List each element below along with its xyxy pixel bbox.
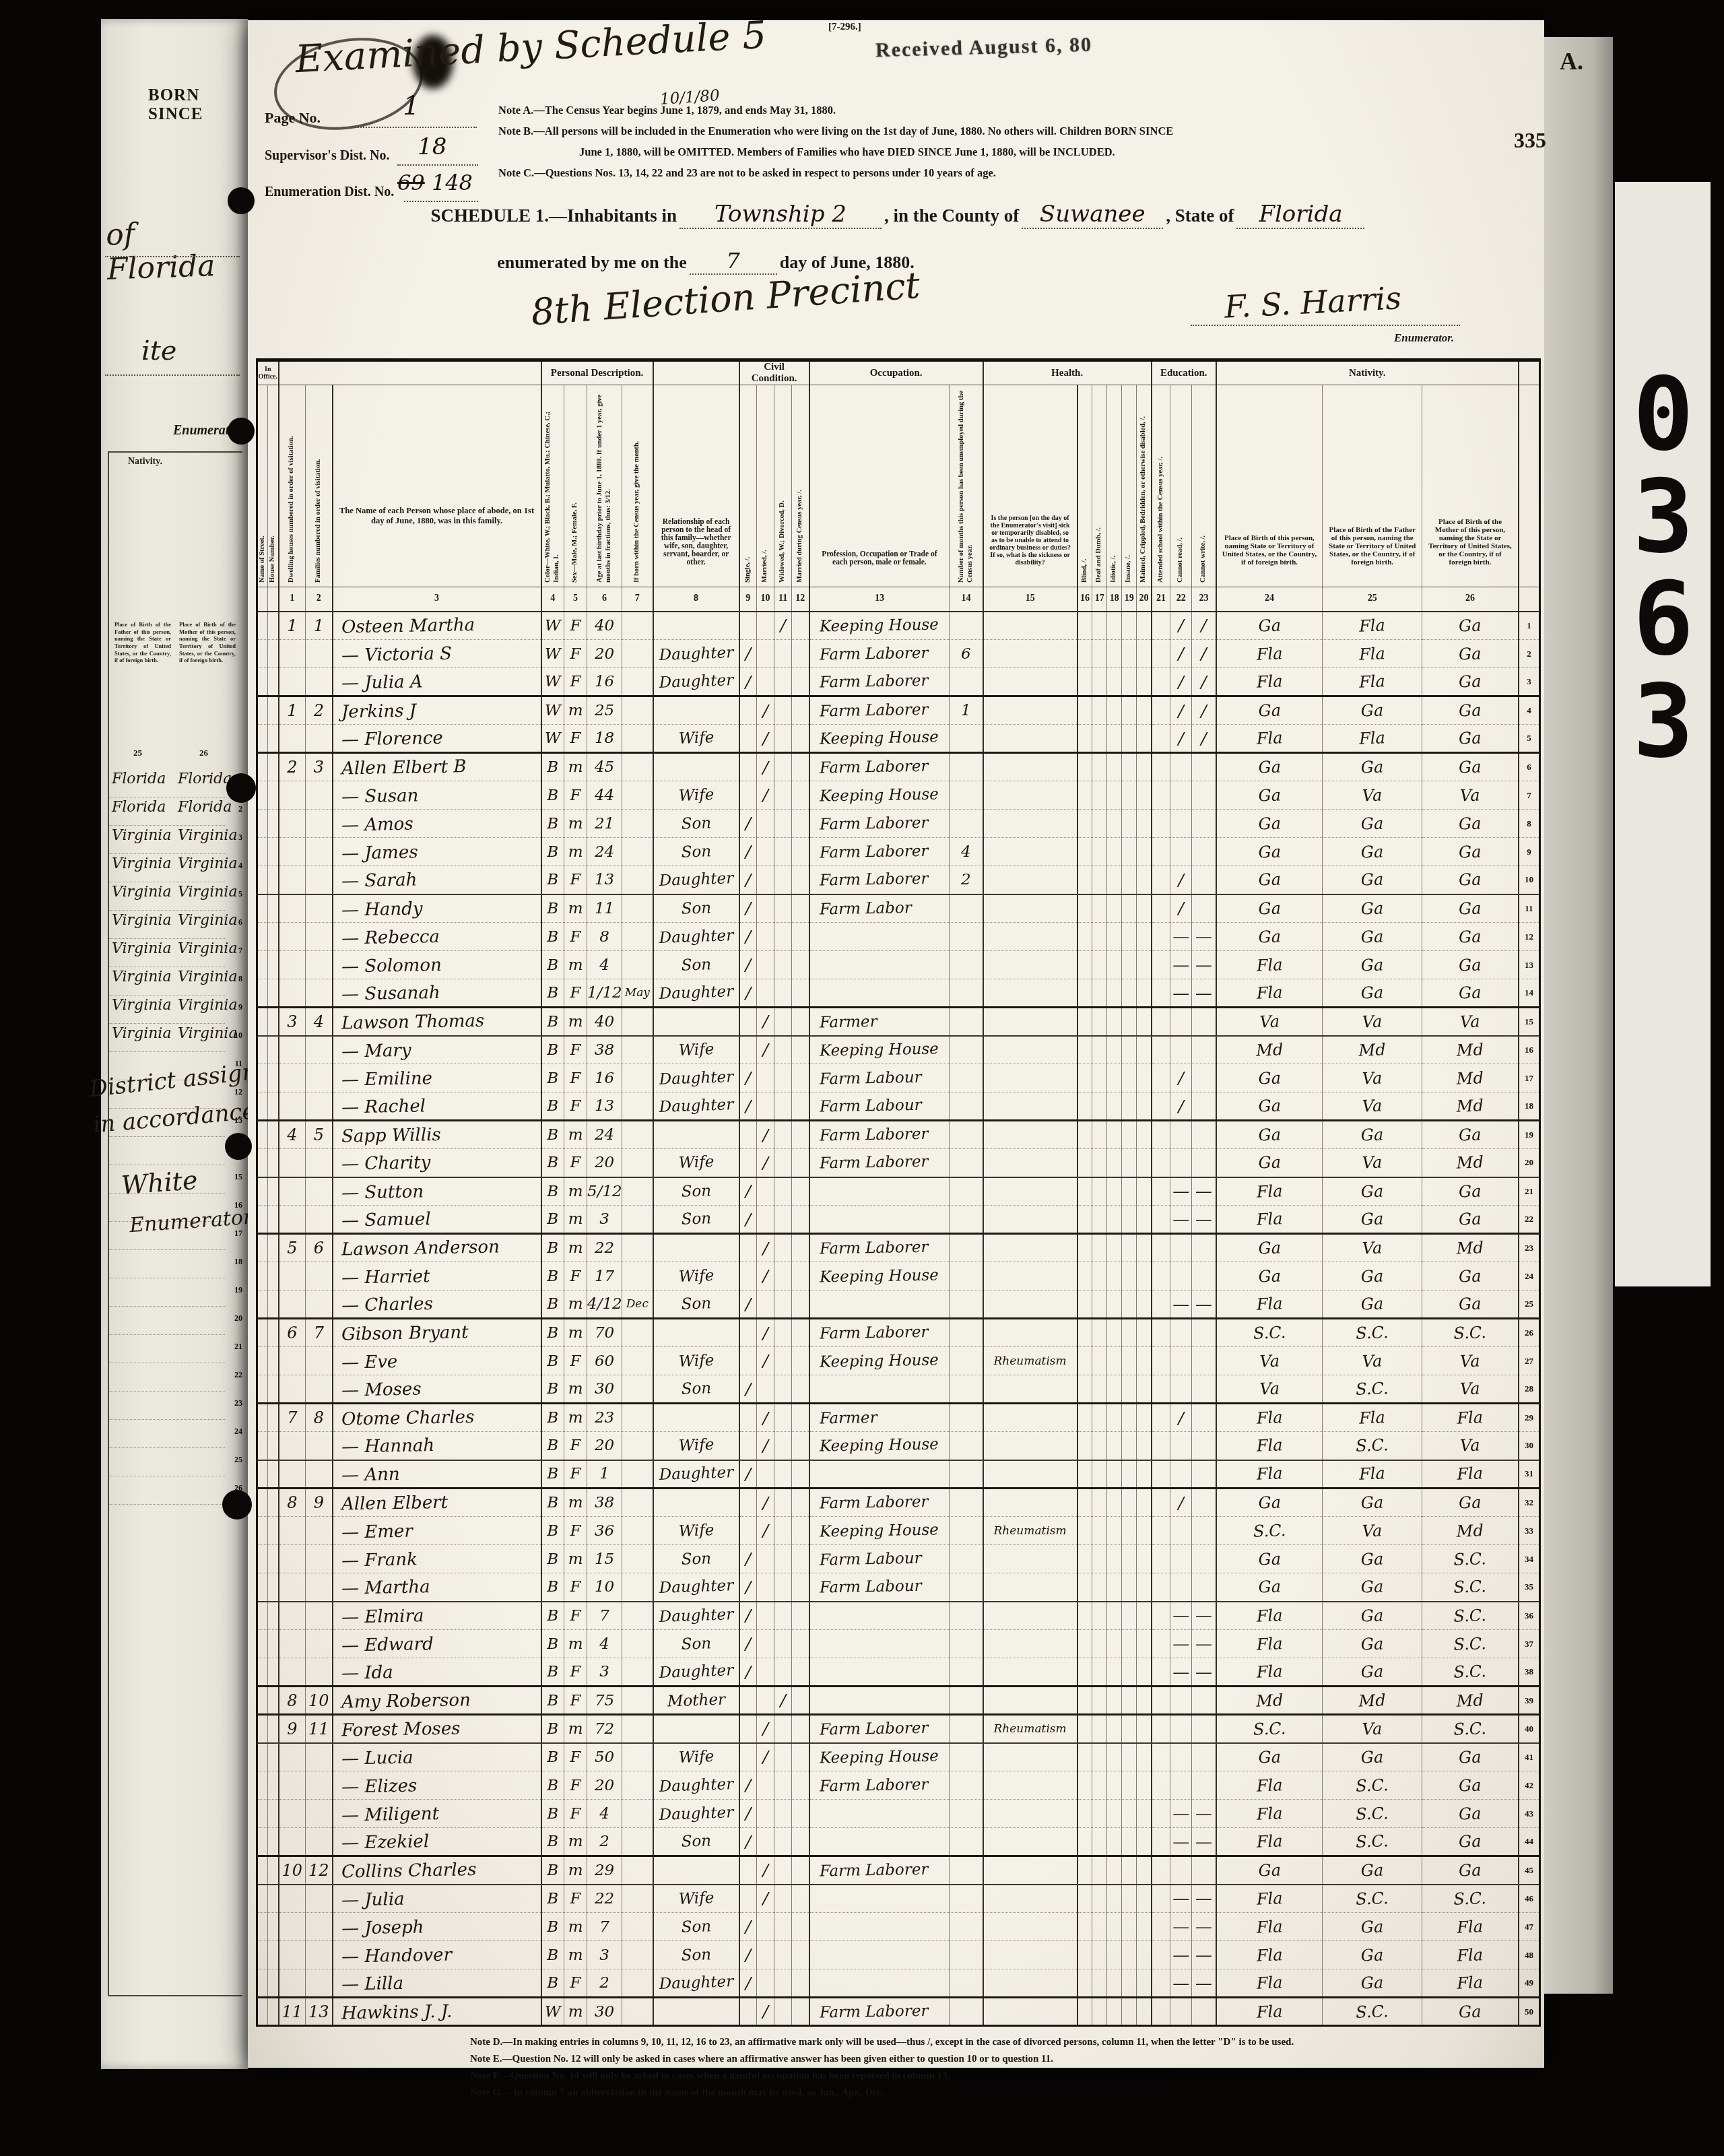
cell-married-mark: / [757, 1998, 774, 2026]
cell-relationship-text: Son [653, 1548, 739, 1569]
cell-married-census-year-mark [792, 979, 809, 1008]
cell-age: 11 [587, 894, 622, 923]
cell-blind-mark [1077, 1262, 1092, 1291]
cell-deaf-mark [1092, 1913, 1107, 1941]
cell-single-mark-text: / [740, 1464, 757, 1484]
left-page-row: 23 [109, 1392, 225, 1420]
cell-birthplace-text: Fla [1216, 1208, 1322, 1230]
cell-widowed-mark [774, 1913, 792, 1941]
cell-married-mark [757, 1602, 774, 1630]
row-number-text: 7 [1519, 790, 1539, 801]
enumerated-label: enumerated by me on the [497, 253, 687, 272]
cell-cannot-read-mark: — [1170, 1828, 1192, 1856]
cell-father-birthplace: Ga [1323, 979, 1422, 1008]
column-number: 10 [757, 587, 774, 612]
cell-father-birthplace: Ga [1323, 1489, 1422, 1517]
row-number: 18 [1519, 1092, 1540, 1121]
blank-line [105, 256, 240, 257]
cell-color: B [541, 1177, 564, 1206]
header-occupation: Profession, Occupation or Trade of each … [809, 385, 950, 587]
cell-school-mark [1152, 1856, 1170, 1885]
cell-married-mark [757, 1800, 774, 1828]
cell-widowed-mark [774, 1743, 792, 1771]
cell-birthplace: Fla [1216, 979, 1323, 1008]
row-number: 26 [1519, 1319, 1540, 1347]
cell-month-born [622, 1969, 653, 1998]
cell-dwelling-text: 4 [279, 1125, 306, 1144]
cell-occupation-text: Keeping House [809, 1040, 949, 1060]
cell-dwelling [279, 1517, 306, 1545]
cell-widowed-mark [774, 1885, 792, 1913]
cell-idiotic-mark [1107, 1206, 1122, 1234]
cell-school-mark [1152, 1715, 1170, 1743]
cell-occupation [809, 923, 950, 951]
cell-family [306, 1771, 333, 1800]
cell-cannot-write-mark [1192, 1856, 1216, 1885]
cell-deaf-mark [1092, 668, 1107, 696]
left-page-row: 25 [109, 1448, 225, 1476]
cell-house [268, 1489, 279, 1517]
cell-name-text: — Julia A [333, 669, 541, 693]
cell-married-mark: / [757, 1036, 774, 1064]
cell-mother-birthplace: S.C. [1422, 1573, 1519, 1602]
cell-color: B [541, 1206, 564, 1234]
cell-relationship [653, 1998, 739, 2026]
cell-occupation [809, 1687, 950, 1715]
cell-mother-birthplace: Va [1422, 1008, 1519, 1036]
cell-mother-birthplace-text: S.C. [1422, 1887, 1518, 1909]
cell-name: — Emer [333, 1517, 541, 1545]
cell-cannot-read-mark: / [1170, 1404, 1192, 1432]
cell-mother-birthplace: S.C. [1422, 1715, 1519, 1743]
left-page-mother-birthplace: Virginia [178, 940, 238, 957]
cell-birthplace-text: Fla [1216, 1971, 1322, 1994]
cell-father-birthplace: S.C. [1323, 1828, 1422, 1856]
cell-school-mark [1152, 668, 1170, 696]
cell-color: B [541, 1771, 564, 1800]
cell-widowed-mark: / [774, 612, 792, 640]
cell-cannot-read-mark-text: / [1170, 1097, 1191, 1116]
cell-insane-mark [1122, 1206, 1137, 1234]
row-number: 3 [1519, 668, 1540, 696]
row-number-text: 18 [1519, 1101, 1539, 1111]
cell-married-mark-text: / [757, 729, 774, 748]
cell-sickness [983, 838, 1077, 866]
cell-dwelling [279, 1092, 306, 1121]
left-page-mother-birthplace-header: Place of Birth of the Mother of this per… [179, 621, 236, 664]
column-number: 1 [279, 587, 306, 612]
column-number: 6 [587, 587, 622, 612]
cell-sex: F [564, 640, 587, 668]
cell-sex-text: m [564, 1295, 587, 1313]
cell-color: B [541, 1291, 564, 1319]
cell-occupation-text: Farmer [809, 1012, 949, 1032]
cell-blind-mark [1077, 1036, 1092, 1064]
cell-idiotic-mark [1107, 1177, 1122, 1206]
row-number-text: 48 [1519, 1950, 1539, 1961]
cell-house [268, 894, 279, 923]
cell-maimed-mark [1137, 1743, 1152, 1771]
cell-occupation-text: Farm Laborer [809, 1152, 949, 1173]
cell-months-unemployed [950, 1375, 983, 1404]
cell-name-text: Osteen Martha [333, 614, 541, 637]
cell-sex: m [564, 1206, 587, 1234]
cell-color-text: B [542, 1380, 564, 1398]
cell-month-born [622, 1262, 653, 1291]
cell-name-text: — Emer [333, 1519, 541, 1542]
cell-father-birthplace: Ga [1323, 1262, 1422, 1291]
left-page-row: 26 [109, 1476, 225, 1505]
header-relationship: Relationship of each person to the head … [653, 385, 739, 587]
cell-relationship-text: Son [653, 813, 739, 833]
cell-months-unemployed: 1 [950, 696, 983, 725]
cell-school-mark [1152, 753, 1170, 781]
cell-occupation: Farm Laborer [809, 1771, 950, 1800]
cell-cannot-read-mark: — [1170, 1206, 1192, 1234]
cell-street [257, 1064, 268, 1092]
cell-sickness [983, 1092, 1077, 1121]
cell-father-birthplace: Ga [1323, 951, 1422, 979]
cell-relationship-text: Son [653, 1831, 739, 1852]
cell-idiotic-mark [1107, 1234, 1122, 1262]
cell-months-unemployed [950, 951, 983, 979]
cell-maimed-mark [1137, 979, 1152, 1008]
cell-relationship: Daughter [653, 668, 739, 696]
cell-sex-text: F [564, 984, 587, 1002]
cell-mother-birthplace-text: Ga [1422, 1802, 1518, 1825]
cell-school-mark [1152, 1347, 1170, 1375]
cell-relationship [653, 753, 739, 781]
cell-name-text: Lawson Anderson [333, 1236, 541, 1260]
cell-father-birthplace: Fla [1323, 668, 1422, 696]
cell-occupation-text: Farm Laborer [809, 644, 949, 664]
cell-name-text: — Mary [333, 1038, 541, 1061]
cell-school-mark [1152, 1913, 1170, 1941]
cell-single-mark: / [739, 1092, 757, 1121]
cell-sickness [983, 894, 1077, 923]
row-number-text: 10 [1519, 874, 1539, 885]
cell-father-birthplace-text: Md [1323, 1689, 1422, 1711]
cell-married-mark: / [757, 725, 774, 753]
cell-blind-mark [1077, 781, 1092, 810]
cell-deaf-mark [1092, 1517, 1107, 1545]
cell-age-text: 16 [587, 1070, 622, 1087]
cell-age-text: 3 [587, 1947, 622, 1964]
cell-street [257, 1149, 268, 1177]
cell-birthplace: S.C. [1216, 1715, 1323, 1743]
cell-single-mark: / [739, 1941, 757, 1969]
cell-sex-text: m [564, 1918, 587, 1936]
column-number: 15 [983, 587, 1077, 612]
cell-widowed-mark [774, 1573, 792, 1602]
cell-family [306, 1206, 333, 1234]
cell-birthplace: Fla [1216, 1206, 1323, 1234]
cell-name-text: Lawson Thomas [333, 1010, 541, 1033]
place-value: Township 2 [679, 201, 882, 229]
cell-sickness [983, 923, 1077, 951]
cell-sex: m [564, 1234, 587, 1262]
row-number: 49 [1519, 1969, 1540, 1998]
cell-street [257, 1432, 268, 1460]
cell-father-birthplace: Va [1323, 1715, 1422, 1743]
cell-married-mark: / [757, 1885, 774, 1913]
cell-family-text: 7 [306, 1324, 332, 1342]
cell-name: — Julia [333, 1885, 541, 1913]
cell-school-mark [1152, 1319, 1170, 1347]
cell-sickness: Rheumatism [983, 1517, 1077, 1545]
cell-deaf-mark [1092, 1658, 1107, 1687]
cell-name-text: — Sarah [333, 868, 541, 892]
cell-maimed-mark [1137, 1206, 1152, 1234]
cell-family: 1 [306, 612, 333, 640]
cell-cannot-read-mark [1170, 1771, 1192, 1800]
cell-relationship-text: Daughter [653, 1973, 739, 1993]
cell-sex-text: F [564, 1974, 587, 1992]
cell-cannot-write-mark-text: — [1192, 927, 1216, 946]
cell-occupation [809, 1630, 950, 1658]
cell-married-census-year-mark [792, 1573, 809, 1602]
cell-street [257, 1489, 268, 1517]
cell-mother-birthplace: Md [1422, 1092, 1519, 1121]
cell-name: — Susan [333, 781, 541, 810]
cell-months-unemployed: 2 [950, 866, 983, 894]
cell-family [306, 894, 333, 923]
cell-sex-text: F [564, 1749, 587, 1766]
cell-father-birthplace-text: S.C. [1323, 1774, 1422, 1796]
cell-street [257, 1319, 268, 1347]
cell-month-born [622, 1432, 653, 1460]
cell-widowed-mark [774, 1517, 792, 1545]
cell-relationship: Son [653, 951, 739, 979]
cell-street [257, 1828, 268, 1856]
cell-single-mark: / [739, 1573, 757, 1602]
cell-maimed-mark [1137, 866, 1152, 894]
cell-age: 4 [587, 951, 622, 979]
cell-widowed-mark [774, 1658, 792, 1687]
cell-name: — Lilla [333, 1969, 541, 1998]
cell-blind-mark [1077, 1687, 1092, 1715]
cell-insane-mark [1122, 1149, 1137, 1177]
cell-month-born [622, 781, 653, 810]
cell-month-born [622, 1008, 653, 1036]
footer-notes: Note D.—In making entries in columns 9, … [470, 2034, 1294, 2101]
cell-sex: F [564, 612, 587, 640]
cell-family [306, 979, 333, 1008]
cell-single-mark-text: / [740, 672, 757, 692]
cell-dwelling [279, 1347, 306, 1375]
cell-family [306, 1800, 333, 1828]
cell-idiotic-mark [1107, 1064, 1122, 1092]
row-number: 15 [1519, 1008, 1540, 1036]
cell-single-mark: / [739, 1828, 757, 1856]
cell-school-mark [1152, 1064, 1170, 1092]
header-name: The Name of each Person whose place of a… [333, 385, 541, 587]
table-row: — SarahBF13Daughter/Farm Laborer2/GaGaGa… [257, 866, 1540, 894]
cell-mother-birthplace-text: Ga [1422, 954, 1518, 976]
previous-page-edge: BORN SINCE of Florida ite Enumerator. Na… [101, 19, 248, 2069]
cell-cannot-write-mark-text: / [1192, 616, 1216, 635]
cell-single-mark-text: / [740, 842, 757, 861]
note-b-line2: June 1, 1880, will be OMITTED. Members o… [498, 141, 1173, 162]
cell-cannot-write-mark [1192, 1517, 1216, 1545]
cell-cannot-read-mark-text: — [1170, 1973, 1191, 1993]
cell-birthplace: Va [1216, 1347, 1323, 1375]
cell-cannot-write-mark [1192, 1460, 1216, 1489]
cell-house [268, 1008, 279, 1036]
cell-house [268, 1064, 279, 1092]
cell-cannot-read-mark [1170, 1149, 1192, 1177]
cell-school-mark [1152, 1460, 1170, 1489]
cell-dwelling [279, 838, 306, 866]
cell-name: — Martha [333, 1573, 541, 1602]
group-nativity: Nativity. [1216, 360, 1519, 385]
cell-cannot-write-mark-text: / [1192, 644, 1216, 663]
cell-school-mark [1152, 1800, 1170, 1828]
cell-cannot-read-mark-text: — [1170, 1832, 1191, 1852]
cell-married-census-year-mark [792, 1092, 809, 1121]
cell-family [306, 1291, 333, 1319]
cell-cannot-read-mark: / [1170, 725, 1192, 753]
table-row: — Victoria SWF20Daughter/Farm Laborer6//… [257, 640, 1540, 668]
cell-married-mark: / [757, 1404, 774, 1432]
cell-married-census-year-mark [792, 1998, 809, 2026]
cell-family-text: 5 [306, 1125, 332, 1144]
cell-single-mark-text: / [740, 1634, 757, 1654]
cell-age-text: 23 [587, 1409, 622, 1427]
cell-idiotic-mark [1107, 1291, 1122, 1319]
cell-sex: m [564, 1121, 587, 1149]
cell-sex: m [564, 1828, 587, 1856]
cell-widowed-mark [774, 1036, 792, 1064]
table-row: 34Lawson ThomasBm40/FarmerVaVaVa15 [257, 1008, 1540, 1036]
table-row: — LuciaBF50Wife/Keeping HouseGaGaGa41 [257, 1743, 1540, 1771]
cell-father-birthplace: Fla [1323, 612, 1422, 640]
cell-married-mark-text: / [757, 1747, 774, 1767]
cell-idiotic-mark [1107, 1771, 1122, 1800]
cell-insane-mark [1122, 951, 1137, 979]
cell-cannot-read-mark: — [1170, 923, 1192, 951]
cell-birthplace-text: Ga [1216, 1095, 1322, 1117]
cell-name-text: — Victoria S [333, 642, 541, 665]
cell-months-unemployed [950, 1913, 983, 1941]
cell-idiotic-mark [1107, 1630, 1122, 1658]
cell-married-mark [757, 1913, 774, 1941]
cell-deaf-mark [1092, 1715, 1107, 1743]
cell-mother-birthplace: Ga [1422, 1121, 1519, 1149]
cell-dwelling [279, 923, 306, 951]
cell-sex-text: F [564, 1692, 587, 1709]
cell-deaf-mark [1092, 753, 1107, 781]
cell-single-mark: / [739, 1913, 757, 1941]
cell-mother-birthplace-text: Ga [1422, 841, 1518, 863]
cell-cannot-write-mark [1192, 1404, 1216, 1432]
cell-married-mark [757, 1177, 774, 1206]
cell-birthplace-text: Ga [1216, 1237, 1322, 1259]
cell-blind-mark [1077, 1885, 1092, 1913]
cell-house [268, 1121, 279, 1149]
cell-birthplace-text: S.C. [1216, 1321, 1322, 1344]
cell-cannot-read-mark [1170, 1460, 1192, 1489]
cell-single-mark [739, 612, 757, 640]
cell-color-text: B [542, 1154, 564, 1171]
cell-school-mark [1152, 1375, 1170, 1404]
cell-name-text: — Ann [333, 1462, 541, 1486]
cell-name: — Florence [333, 725, 541, 753]
cell-sickness [983, 1573, 1077, 1602]
cell-relationship [653, 696, 739, 725]
cell-color-text: B [542, 1663, 564, 1680]
cell-sickness [983, 781, 1077, 810]
cell-color: B [541, 1913, 564, 1941]
row-number: 30 [1519, 1432, 1540, 1460]
cell-single-mark: / [739, 838, 757, 866]
cell-color: B [541, 1347, 564, 1375]
cell-idiotic-mark [1107, 1856, 1122, 1885]
row-number: 9 [1519, 838, 1540, 866]
cell-deaf-mark [1092, 612, 1107, 640]
cell-relationship-text: Wife [653, 785, 739, 805]
cell-father-birthplace: Va [1323, 1234, 1422, 1262]
cell-birthplace-text: Fla [1216, 1660, 1322, 1683]
examined-handwriting: Examined by Schedule 5 [294, 13, 768, 82]
cell-occupation-text: Keeping House [809, 1521, 949, 1541]
cell-mother-birthplace: Ga [1422, 725, 1519, 753]
cell-insane-mark [1122, 696, 1137, 725]
cell-dwelling-text: 1 [279, 616, 306, 635]
cell-street [257, 1602, 268, 1630]
cell-father-birthplace: S.C. [1323, 1771, 1422, 1800]
cell-months-unemployed [950, 1771, 983, 1800]
cell-idiotic-mark [1107, 1913, 1122, 1941]
cell-idiotic-mark [1107, 1121, 1122, 1149]
cell-sex-text: m [564, 1324, 587, 1342]
cell-sex: F [564, 923, 587, 951]
cell-street [257, 1630, 268, 1658]
cell-mother-birthplace-text: Ga [1422, 1180, 1518, 1202]
cell-blind-mark [1077, 1234, 1092, 1262]
cell-color-text: B [542, 984, 564, 1002]
cell-relationship: Daughter [653, 866, 739, 894]
cell-dwelling: 2 [279, 753, 306, 781]
cell-cannot-read-mark-text: — [1170, 1889, 1191, 1908]
cell-dwelling [279, 894, 306, 923]
row-number: 28 [1519, 1375, 1540, 1404]
cell-birthplace-text: Fla [1216, 981, 1322, 1004]
cell-father-birthplace: Ga [1323, 1573, 1422, 1602]
cell-birthplace-text: S.C. [1216, 1520, 1322, 1542]
cell-color: B [541, 810, 564, 838]
cell-single-mark: / [739, 1291, 757, 1319]
cell-occupation-text: Farm Laborer [809, 870, 949, 890]
cell-father-birthplace: Va [1323, 1092, 1422, 1121]
cell-school-mark [1152, 1262, 1170, 1291]
cell-birthplace: Fla [1216, 725, 1323, 753]
cell-dwelling [279, 951, 306, 979]
cell-maimed-mark [1137, 1008, 1152, 1036]
cell-age-text: 50 [587, 1749, 622, 1766]
cell-dwelling-text: 6 [279, 1324, 306, 1342]
cell-birthplace-text: Va [1216, 1350, 1322, 1372]
cell-dwelling [279, 1771, 306, 1800]
cell-single-mark [739, 1319, 757, 1347]
cell-age: 44 [587, 781, 622, 810]
column-number: 19 [1122, 587, 1137, 612]
cell-single-mark: / [739, 866, 757, 894]
cell-color-text: B [542, 1578, 564, 1596]
cell-deaf-mark [1092, 1092, 1107, 1121]
cell-widowed-mark-text: / [774, 1691, 791, 1710]
cell-dwelling [279, 1828, 306, 1856]
